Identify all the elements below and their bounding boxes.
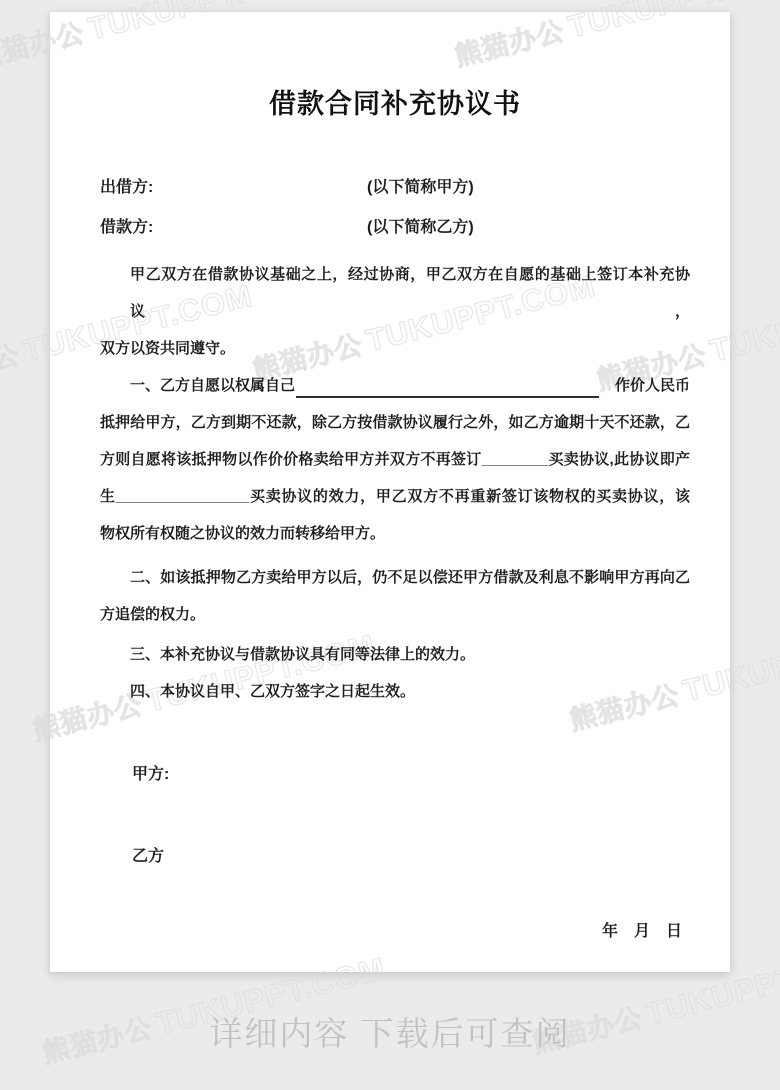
contract-line: 二、如该抵押物乙方卖给甲方以后，仍不足以偿还甲方借款及利息不影响甲方再向乙 (100, 559, 690, 596)
contract-body: 甲乙双方在借款协议基础之上，经过协商，甲乙双方在自愿的基础上签订本补充协议， 双… (100, 256, 690, 710)
contract-line: 三、本补充协议与借款协议具有同等法律上的效力。 (100, 636, 690, 673)
borrower-label: 借款方: (100, 219, 153, 236)
lender-label: 出借方: (100, 179, 153, 196)
contract-line: 甲乙双方在借款协议基础之上，经过协商，甲乙双方在自愿的基础上签订本补充协议， (100, 256, 690, 330)
signature-party-b: 乙方 (100, 838, 690, 875)
watermark-cjk: 熊猫办公 (0, 340, 23, 396)
contract-line: 抵押给甲方，乙方到期不还款，除乙方按借款协议履行之外，如乙方逾期十天不还款，乙 (100, 404, 690, 441)
contract-line: 物权所有权随之协议的效力而转移给甲方。 (100, 515, 690, 552)
contract-line: 方则自愿将该抵押物以作价价格卖给甲方并双方不再签订________买卖协议,此协… (100, 441, 690, 478)
fill-in-blank-line (296, 396, 599, 398)
signature-date-line: 年 月 日 (100, 913, 690, 950)
lender-row: 出借方: (以下简称甲方) (100, 168, 690, 208)
contract-line: 生________________买卖协议的效力，甲乙双方不再重新签订该物权的买… (100, 478, 690, 515)
contract-line: 双方以资共同遵守。 (100, 330, 690, 367)
clause-one-tail: 作价人民币 (615, 367, 690, 404)
clause-one-text: 一、乙方自愿以权属自己 (130, 367, 295, 404)
document-content: 借款合同补充协议书 出借方: (以下简称甲方) 借款方: (以下简称乙方) 甲乙… (50, 12, 730, 972)
footer-notice: 详细内容 下载后可查阅 (209, 1008, 570, 1055)
borrower-note: (以下简称乙方) (367, 208, 474, 248)
document-title: 借款合同补充协议书 (100, 84, 690, 124)
lender-note: (以下简称甲方) (367, 168, 474, 208)
parties-section: 出借方: (以下简称甲方) 借款方: (以下简称乙方) (100, 168, 690, 248)
contract-line: 四、本协议自甲、乙双方签字之日起生效。 (100, 673, 690, 710)
signature-party-a: 甲方: (100, 756, 690, 793)
borrower-row: 借款方: (以下简称乙方) (100, 208, 690, 248)
template-preview-page: { "watermark": { "cjk": "熊猫办公", "latin":… (0, 0, 780, 1090)
contract-line: 方追偿的权力。 (100, 596, 690, 633)
footer-bar: 详细内容 下载后可查阅 (0, 972, 780, 1090)
contract-line-clause-one: 一、乙方自愿以权属自己 作价人民币 (100, 367, 690, 404)
